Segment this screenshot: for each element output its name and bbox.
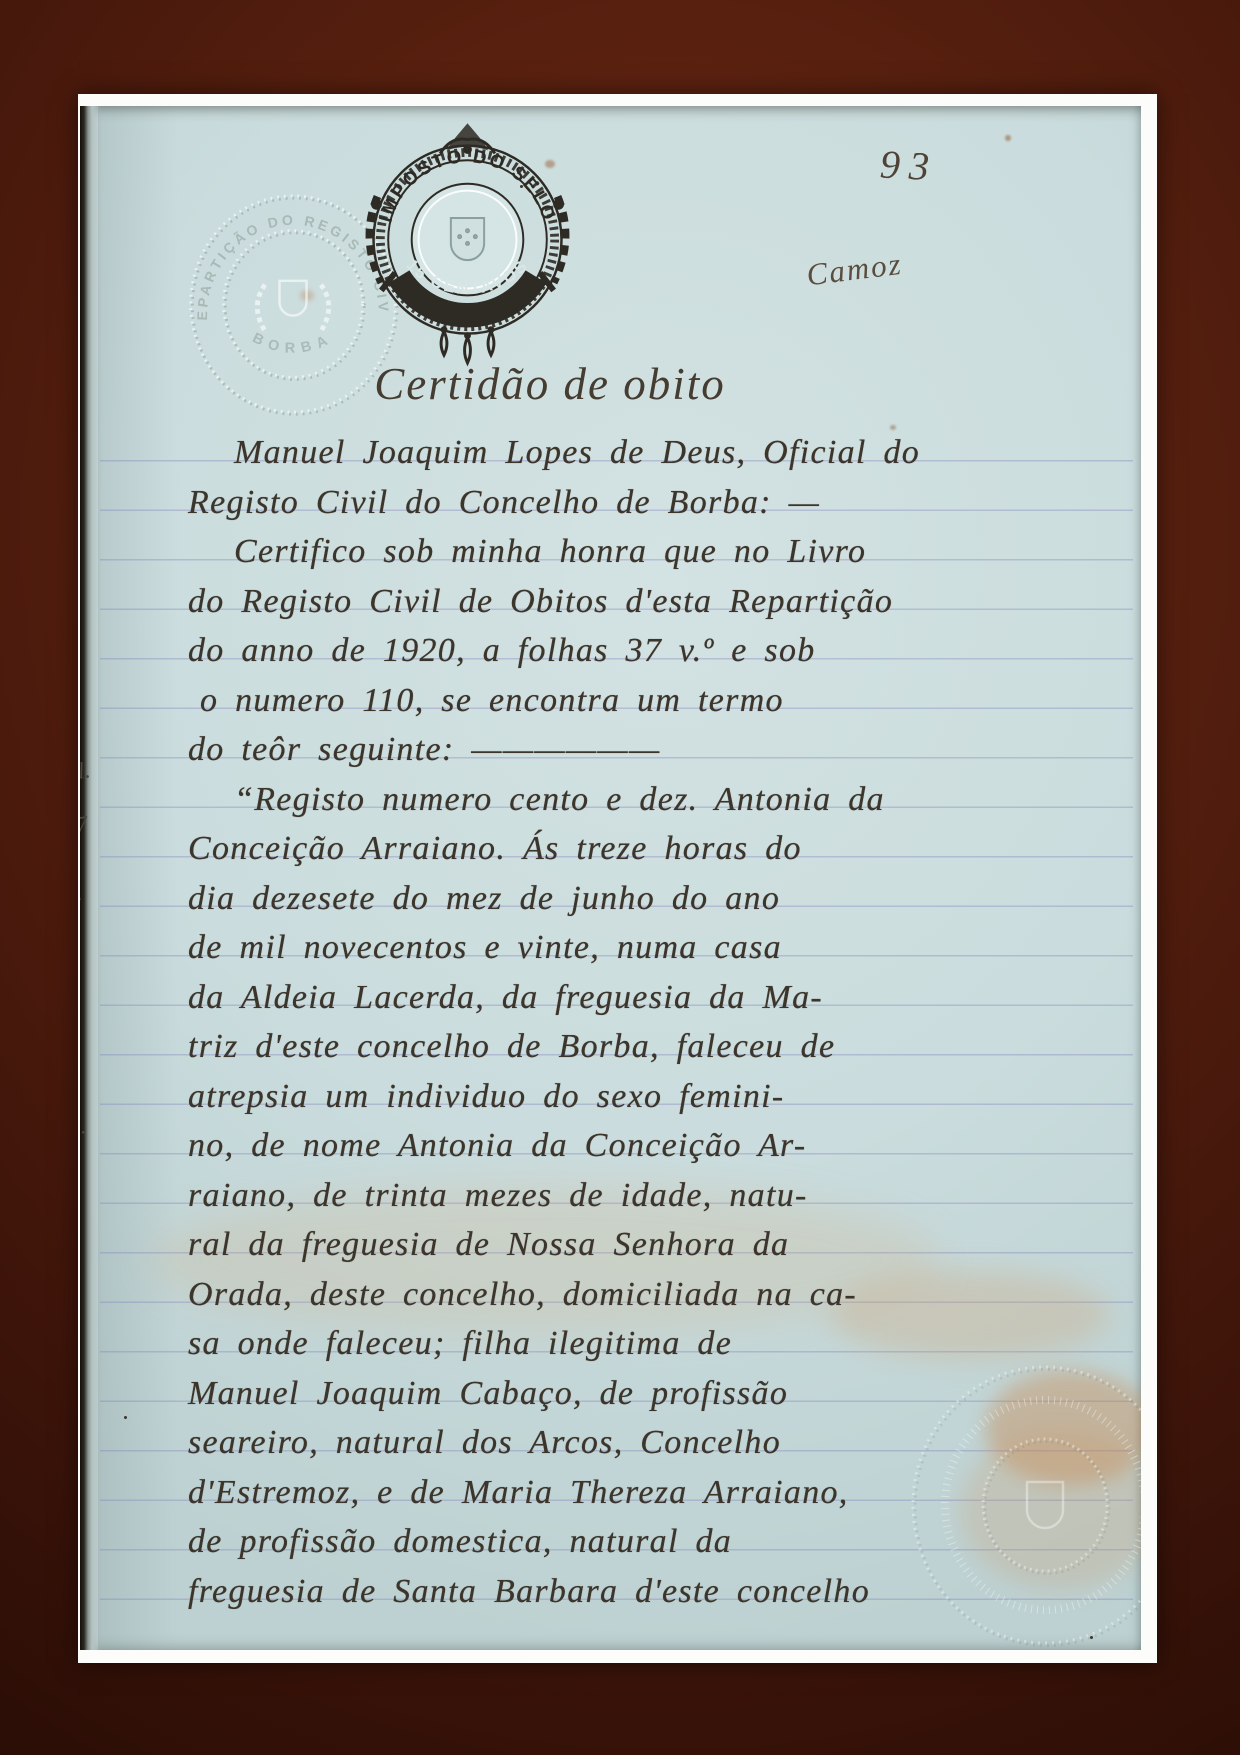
- document-scan: REPARTIÇÃO DO REGISTO CIVIL BORBA: [80, 106, 1141, 1650]
- manuscript-line: de profissão domestica, natural da: [188, 1517, 1048, 1567]
- manuscript-line: Registo Civil do Concelho de Borba: —: [188, 478, 1048, 528]
- manuscript-line: do Registo Civil de Obitos d'esta Repart…: [188, 577, 1048, 627]
- manuscript-line: Conceição Arraiano. Ás treze horas do: [188, 824, 1048, 874]
- revenue-stamp-icon: IMPOSTO DO SELO 15 CENTAVOS: [350, 120, 585, 365]
- manuscript-line: “Registo numero cento e dez. Antonia da: [188, 775, 1048, 825]
- manuscript-line: Certifico sob minha honra que no Livro: [188, 527, 1048, 577]
- photo-matte: REPARTIÇÃO DO REGISTO CIVIL BORBA: [78, 94, 1157, 1663]
- manuscript-body: Manuel Joaquim Lopes de Deus, Oficial do…: [188, 428, 1048, 1616]
- manuscript-line: do anno de 1920, a folhas 37 v.º e sob: [188, 626, 1048, 676]
- manuscript-line: seareiro, natural dos Arcos, Concelho: [188, 1418, 1048, 1468]
- svg-text:BORBA: BORBA: [250, 330, 336, 357]
- manuscript-line: freguesia de Santa Barbara d'este concel…: [188, 1567, 1048, 1617]
- rust-spot: [1005, 135, 1011, 141]
- handwritten-annotation: Camoz: [805, 231, 1028, 294]
- manuscript-line: o numero 110, se encontra um termo: [188, 676, 1048, 726]
- photo-backdrop: REPARTIÇÃO DO REGISTO CIVIL BORBA: [0, 0, 1240, 1755]
- dust-speck: [124, 1416, 127, 1419]
- manuscript-line: de mil novecentos e vinte, numa casa: [188, 923, 1048, 973]
- manuscript-line: Orada, deste concelho, domiciliada na ca…: [188, 1270, 1048, 1320]
- document-title: Certidão de obito: [300, 358, 800, 410]
- manuscript-line: triz d'este concelho de Borba, faleceu d…: [188, 1022, 1048, 1072]
- manuscript-line: do teôr seguinte: ——————: [188, 725, 1048, 775]
- manuscript-line: atrepsia um individuo do sexo femini-: [188, 1072, 1048, 1122]
- manuscript-line: sa onde faleceu; filha ilegitima de: [188, 1319, 1048, 1369]
- manuscript-line: Manuel Joaquim Cabaço, de profissão: [188, 1369, 1048, 1419]
- manuscript-line: ral da freguesia de Nossa Senhora da: [188, 1220, 1048, 1270]
- manuscript-line: raiano, de trinta mezes de idade, natu-: [188, 1171, 1048, 1221]
- manuscript-line: no, de nome Antonia da Conceição Ar-: [188, 1121, 1048, 1171]
- manuscript-line: da Aldeia Lacerda, da freguesia da Ma-: [188, 973, 1048, 1023]
- manuscript-line: d'Estremoz, e de Maria Thereza Arraiano,: [188, 1468, 1048, 1518]
- manuscript-line: Manuel Joaquim Lopes de Deus, Oficial do: [188, 428, 1048, 478]
- manuscript-line: dia dezesete do mez de junho do ano: [188, 874, 1048, 924]
- seal-bottom-text: BORBA: [250, 330, 336, 357]
- page-number: 93: [879, 140, 1021, 194]
